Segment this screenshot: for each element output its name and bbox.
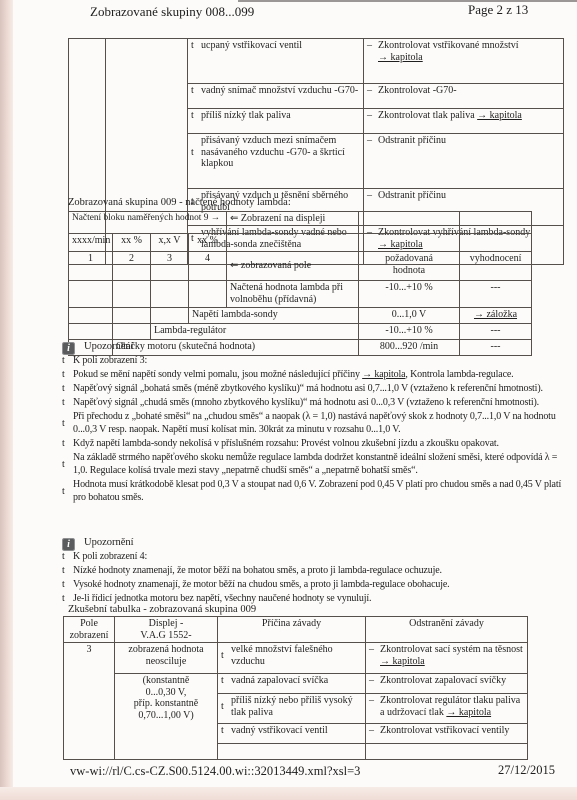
dash-marker: –	[367, 85, 374, 97]
unit-cell: xxxx/min	[69, 234, 113, 252]
empty-cell	[151, 308, 189, 324]
table-row: tucpaný vstřikovací ventil –Zkontrolovat…	[69, 39, 564, 84]
test-table: Pole zobrazení Displej -V.A.G 1552- Příč…	[63, 616, 528, 760]
eval-value-cell: ---	[460, 281, 532, 308]
t-bullet: t	[191, 85, 197, 97]
table-row: (konstantně0...0,30 V,příp. konstantně0,…	[64, 674, 528, 694]
required-header-cell: požadovanáhodnota	[359, 252, 460, 281]
table-row: 3 zobrazená hodnota neosciluje tvelké mn…	[64, 643, 528, 674]
table-row: xxxx/min xx % x,x V xx %	[69, 234, 532, 252]
cause-cell: tvelké množství falešného vzduchu	[218, 643, 366, 674]
field-number-cell: 1	[69, 252, 113, 281]
note-bullet: tNapěťový signál „bohatá směs (méně zbyt…	[62, 382, 570, 395]
block-header-cell: Načtení bloku naměřených hodnot 9 →	[69, 212, 227, 234]
unit-cell: xx %	[113, 234, 151, 252]
empty-cell	[189, 281, 227, 308]
kapitola-link[interactable]: → kapitola	[380, 656, 523, 668]
dash-marker: –	[367, 135, 374, 147]
group-009-table: Načtení bloku naměřených hodnot 9 → ⇐ Zo…	[68, 211, 532, 356]
kapitola-link[interactable]: → kapitola	[477, 110, 522, 121]
note-bullet: tHodnota musí krátkodobě klesat pod 0,3 …	[62, 478, 570, 504]
notes-section-2: iUpozornění tK poli zobrazení 4: tNízké …	[62, 532, 570, 606]
notes-header: iUpozornění	[62, 532, 570, 548]
group-009-title: Zobrazovaná skupina 009 - načtené hodnot…	[68, 197, 291, 208]
note-bullet: tNa základě strmého napěťového skoku nem…	[62, 451, 570, 477]
empty-cell	[151, 281, 189, 308]
field-number-cell: 2	[113, 252, 151, 281]
dash-marker: –	[367, 40, 374, 63]
t-bullet: t	[191, 147, 197, 159]
remedy-cell: –Zkontrolovat sací systém na těsnost→ ka…	[366, 643, 528, 674]
notes-title: Upozornění	[84, 537, 134, 548]
note-bullet: tKdyž napětí lambda-sondy nekolísá v pří…	[62, 437, 570, 450]
scanned-document-page: Zobrazované skupiny 008...099 Page 2 z 1…	[0, 0, 577, 800]
table-header-row: Pole zobrazení Displej -V.A.G 1552- Příč…	[64, 617, 528, 643]
t-bullet: t	[221, 650, 227, 662]
remedy-cell: –Zkontrolovat zapalovací svíčky	[366, 674, 528, 694]
dash-marker: –	[369, 675, 376, 687]
empty-cell	[366, 744, 528, 760]
page-number: Page 2 z 13	[468, 2, 528, 18]
table-row: Načtená hodnota lambda při volnoběhu (př…	[69, 281, 532, 308]
notes-header: iUpozornění	[62, 336, 570, 352]
field-header-cell: Pole zobrazení	[64, 617, 115, 643]
kapitola-link[interactable]: → kapitola	[362, 369, 405, 380]
note-bullet: tPokud se mění napětí sondy velmi pomalu…	[62, 368, 570, 381]
field-value-cell: 3	[64, 643, 115, 760]
cause-cell: tpřisávaný vzduch mezi snímačem nasávané…	[188, 134, 364, 189]
empty-cell	[359, 212, 460, 234]
field-number-cell: 3	[151, 252, 189, 281]
empty-cell	[359, 234, 460, 252]
footer-uri: vw-wi://rl/C.cs-CZ.S00.5124.00.wi::32013…	[70, 764, 360, 779]
cause-cell: tvadný snímač množství vzduchu -G70-	[188, 84, 364, 109]
cause-cell: tpříliš nízký tlak paliva	[188, 109, 364, 134]
field-number-cell: 4	[189, 252, 227, 281]
note-bullet: tPři přechodu z „bohaté směsi“ na „chudo…	[62, 410, 570, 436]
scan-left-edge	[0, 0, 13, 800]
fields-label-cell: ⇐ zobrazovaná pole	[227, 252, 359, 281]
remedy-cell: –Zkontrolovat tlak paliva → kapitola	[364, 109, 564, 134]
display-header-cell: Displej -V.A.G 1552-	[115, 617, 218, 643]
test-table-title: Zkušební tabulka - zobrazovaná skupina 0…	[68, 604, 256, 615]
t-bullet: t	[191, 40, 197, 52]
eval-value-cell: → záložka	[460, 308, 532, 324]
note-bullet: tVysoké hodnoty znamenají, že motor běží…	[62, 578, 570, 591]
cause-cell: tvadná zapalovací svíčka	[218, 674, 366, 694]
footer-date: 27/12/2015	[498, 763, 555, 778]
empty-cell	[218, 744, 366, 760]
table-row: Napětí lambda-sondy 0...1,0 V → záložka	[69, 308, 532, 324]
dash-marker: –	[367, 190, 374, 202]
page-title: Zobrazované skupiny 008...099	[90, 4, 254, 20]
t-bullet: t	[221, 675, 227, 687]
value-desc-cell: Napětí lambda-sondy	[189, 308, 359, 324]
remedy-cell: –Zkontrolovat vstřikovací ventily	[366, 724, 528, 744]
required-value-cell: -10...+10 %	[359, 281, 460, 308]
remedy-header-cell: Odstranění závady	[366, 617, 528, 643]
t-bullet: t	[191, 110, 197, 122]
display-value-cell: zobrazená hodnota neosciluje	[115, 643, 218, 674]
empty-cell	[460, 234, 532, 252]
empty-cell	[113, 281, 151, 308]
dash-marker: –	[369, 695, 376, 718]
t-bullet: t	[221, 725, 227, 737]
empty-cell	[460, 212, 532, 234]
dash-marker: –	[367, 110, 374, 122]
scan-bottom-edge	[0, 787, 577, 800]
required-value-cell: 0...1,0 V	[359, 308, 460, 324]
remedy-cell: –Zkontrolovat -G70-	[364, 84, 564, 109]
empty-cell	[113, 308, 151, 324]
display-header-cell: ⇐ Zobrazení na displeji	[227, 212, 359, 234]
zalozka-link[interactable]: → záložka	[474, 309, 517, 320]
note-bullet: tK poli zobrazení 3:	[62, 354, 570, 367]
value-desc-cell: Načtená hodnota lambda při volnoběhu (př…	[227, 281, 359, 308]
dash-marker: –	[369, 725, 376, 737]
empty-cell	[69, 308, 113, 324]
remedy-cell: –Zkontrolovat regulátor tlaku paliva a u…	[366, 694, 528, 724]
unit-cell: xx %	[189, 234, 227, 252]
remedy-cell: –Zkontrolovat vstřikované množství→ kapi…	[364, 39, 564, 84]
note-bullet: tNapěťový signál „chudá směs (mnoho zbyt…	[62, 396, 570, 409]
notes-title: Upozornění	[84, 341, 134, 352]
cause-cell: tucpaný vstřikovací ventil	[188, 39, 364, 84]
t-bullet: t	[221, 701, 227, 713]
unit-cell: x,x V	[151, 234, 189, 252]
cause-cell: tpříliš nízký nebo příliš vysoký tlak pa…	[218, 694, 366, 724]
notes-section-1: iUpozornění tK poli zobrazení 3: tPokud …	[62, 336, 570, 505]
cause-header-cell: Příčina závady	[218, 617, 366, 643]
table-row: 1 2 3 4 ⇐ zobrazovaná pole požadovanáhod…	[69, 252, 532, 281]
cause-cell: tvadný vstřikovací ventil	[218, 724, 366, 744]
eval-header-cell: vyhodnocení	[460, 252, 532, 281]
empty-cell	[69, 281, 113, 308]
kapitola-link[interactable]: → kapitola	[446, 707, 491, 718]
note-bullet: tK poli zobrazení 4:	[62, 550, 570, 563]
remedy-cell: –Odstranit příčinu	[364, 134, 564, 189]
kapitola-link[interactable]: → kapitola	[378, 52, 519, 64]
empty-cell	[227, 234, 359, 252]
display-note-cell: (konstantně0...0,30 V,příp. konstantně0,…	[115, 674, 218, 760]
dash-marker: –	[369, 644, 376, 667]
table-row: Načtení bloku naměřených hodnot 9 → ⇐ Zo…	[69, 212, 532, 234]
note-bullet: tNízké hodnoty znamenají, že motor běží …	[62, 564, 570, 577]
